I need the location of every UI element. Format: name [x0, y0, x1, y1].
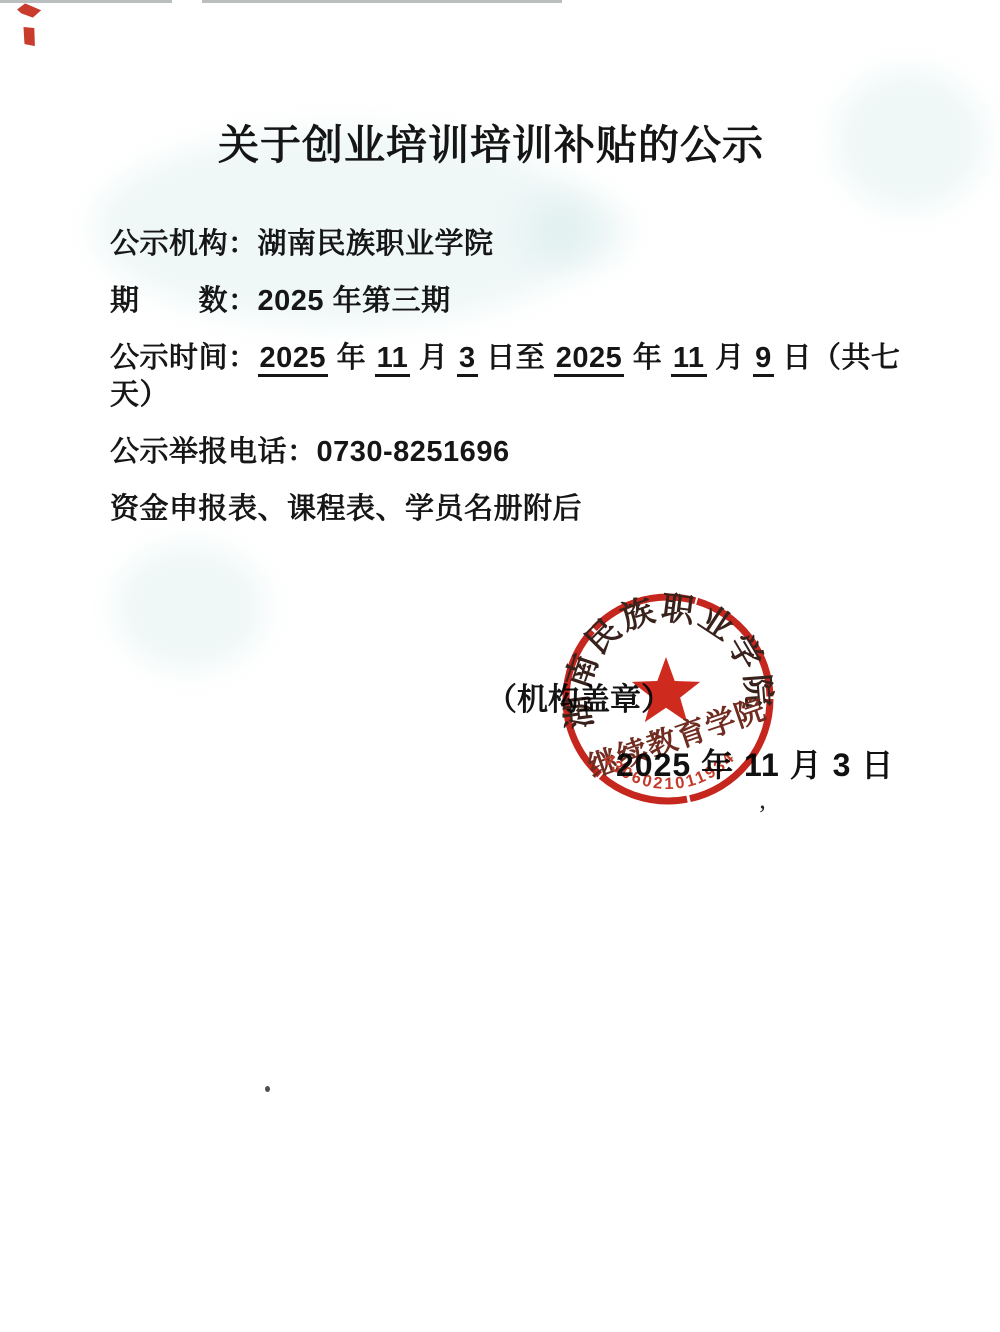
issue-line: 期 数：2025 年第三期 — [110, 283, 910, 320]
period-line: 公示时间：2025 年 11 月 3 日至 2025 年 11 月 9 日（共七… — [110, 340, 910, 414]
official-seal-stamp: 湖南民族职业学院 继续教育学院 4306021011934 — [552, 588, 784, 814]
red-ink-artifact — [16, 2, 42, 18]
end-month-value: 11 — [671, 342, 707, 377]
hotline-line: 公示举报电话：0730-8251696 — [110, 434, 910, 471]
red-ink-artifact — [21, 25, 38, 48]
attachments-line: 资金申报表、课程表、学员名册附后 — [110, 491, 910, 528]
page-title: 关于创业培训培训补贴的公示 — [0, 112, 982, 171]
period-text: 月 — [410, 342, 457, 374]
dot-artifact — [265, 1086, 270, 1092]
period-text: 年 — [624, 342, 671, 374]
end-day-value: 9 — [753, 342, 774, 377]
period-label: 公示时间： — [110, 342, 258, 374]
start-day-value: 3 — [457, 342, 478, 377]
period-text: 月 — [707, 342, 754, 374]
scanned-document-page: 关于创业培训培训补贴的公示 公示机构：湖南民族职业学院 期 数：2025 年第三… — [0, 0, 1000, 1332]
notice-body: 公示机构：湖南民族职业学院 期 数：2025 年第三期 公示时间：2025 年 … — [110, 226, 910, 548]
start-year-value: 2025 — [258, 342, 329, 377]
period-text: 年 — [328, 342, 375, 374]
scan-edge-artifact — [202, 0, 562, 3]
org-line: 公示机构：湖南民族职业学院 — [110, 226, 910, 263]
period-text: 日至 — [478, 342, 554, 374]
start-month-value: 11 — [375, 342, 411, 377]
scan-smudge — [115, 545, 265, 670]
ink-mark-artifact: ’ — [758, 800, 767, 830]
scan-edge-artifact — [0, 0, 172, 3]
end-year-value: 2025 — [554, 342, 625, 377]
seal-star-icon — [632, 657, 700, 722]
